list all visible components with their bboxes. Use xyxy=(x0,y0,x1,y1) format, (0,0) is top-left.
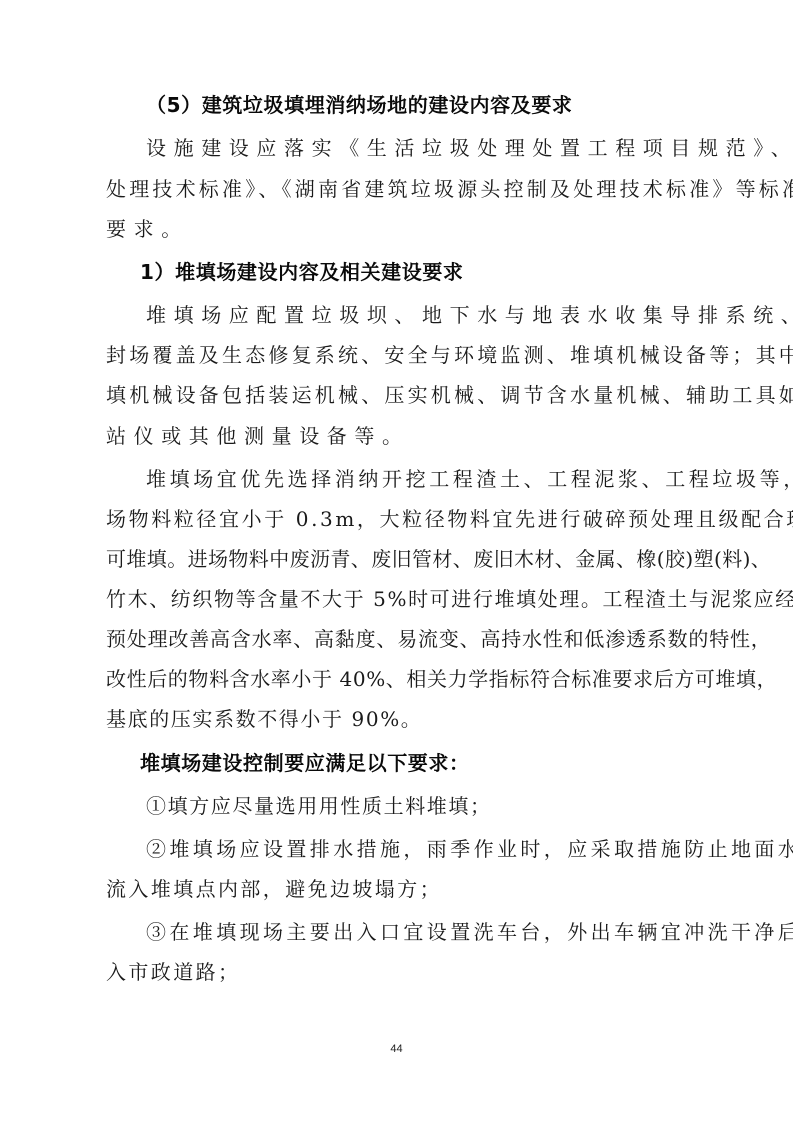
paragraph-1-line-2: 封场覆盖及生态修复系统、安全与环境监测、堆填机械设备等；其中堆 xyxy=(106,342,793,368)
paragraph-2-line-2: 场物料粒径宜小于 0.3m，大粒径物料宜先进行破碎预处理且级配合理方 xyxy=(106,506,793,532)
control-requirements-heading: 堆填场建设控制要应满足以下要求： xyxy=(140,750,470,776)
paragraph-1-line-4: 站仪或其他测量设备等。 xyxy=(106,423,410,449)
requirement-1-line-1: ①填方应尽量选用用性质土料堆填； xyxy=(146,793,492,819)
paragraph-2-line-3: 可堆填。进场物料中废沥青、废旧管材、废旧木材、金属、橡(胶)塑(料)、 xyxy=(106,546,771,572)
paragraph-1-line-3: 填机械设备包括装运机械、压实机械、调节含水量机械、辅助工具如全 xyxy=(106,382,793,408)
paragraph-2-line-6: 改性后的物料含水率小于 40%、相关力学指标符合标准要求后方可堆填， xyxy=(106,666,777,692)
document-page: （5）建筑垃圾填埋消纳场地的建设内容及要求 设施建设应落实《生活垃圾处理处置工程… xyxy=(0,0,793,1122)
paragraph-1-line-1: 堆填场应配置垃圾坝、地下水与地表水收集导排系统、填埋作业、 xyxy=(146,302,793,328)
paragraph-2-line-1: 堆填场宜优先选择消纳开挖工程渣土、工程泥浆、工程垃圾等，进 xyxy=(146,466,793,492)
requirement-3-line-1: ③在堆填现场主要出入口宜设置洗车台，外出车辆宜冲洗干净后进 xyxy=(146,919,793,945)
paragraph-2-line-4: 竹木、纺织物等含量不大于 5%时可进行堆填处理。工程渣土与泥浆应经 xyxy=(106,586,793,612)
requirement-2-line-1: ②堆填场应设置排水措施，雨季作业时，应采取措施防止地面水流 xyxy=(146,836,793,862)
intro-paragraph-line-2: 处理技术标准》、《湖南省建筑垃圾源头控制及处理技术标准》等标准 xyxy=(106,176,793,202)
intro-paragraph-line-1: 设施建设应落实《生活垃圾处理处置工程项目规范》、《建筑垃圾 xyxy=(146,135,793,161)
requirement-2-line-2: 流入堆填点内部，避免边坡塌方； xyxy=(106,876,442,902)
requirement-3-line-2: 入市政道路； xyxy=(106,959,240,985)
paragraph-2-line-7: 基底的压实系数不得小于 90%。 xyxy=(106,706,422,732)
subsection-heading: 1）堆填场建设内容及相关建设要求 xyxy=(140,259,464,285)
page-number: 44 xyxy=(0,1043,793,1055)
section-heading: （5）建筑垃圾填埋消纳场地的建设内容及要求 xyxy=(146,92,573,118)
intro-paragraph-line-3: 要求。 xyxy=(106,216,189,242)
paragraph-2-line-5: 预处理改善高含水率、高黏度、易流变、高持水性和低渗透系数的特性， xyxy=(106,626,772,652)
